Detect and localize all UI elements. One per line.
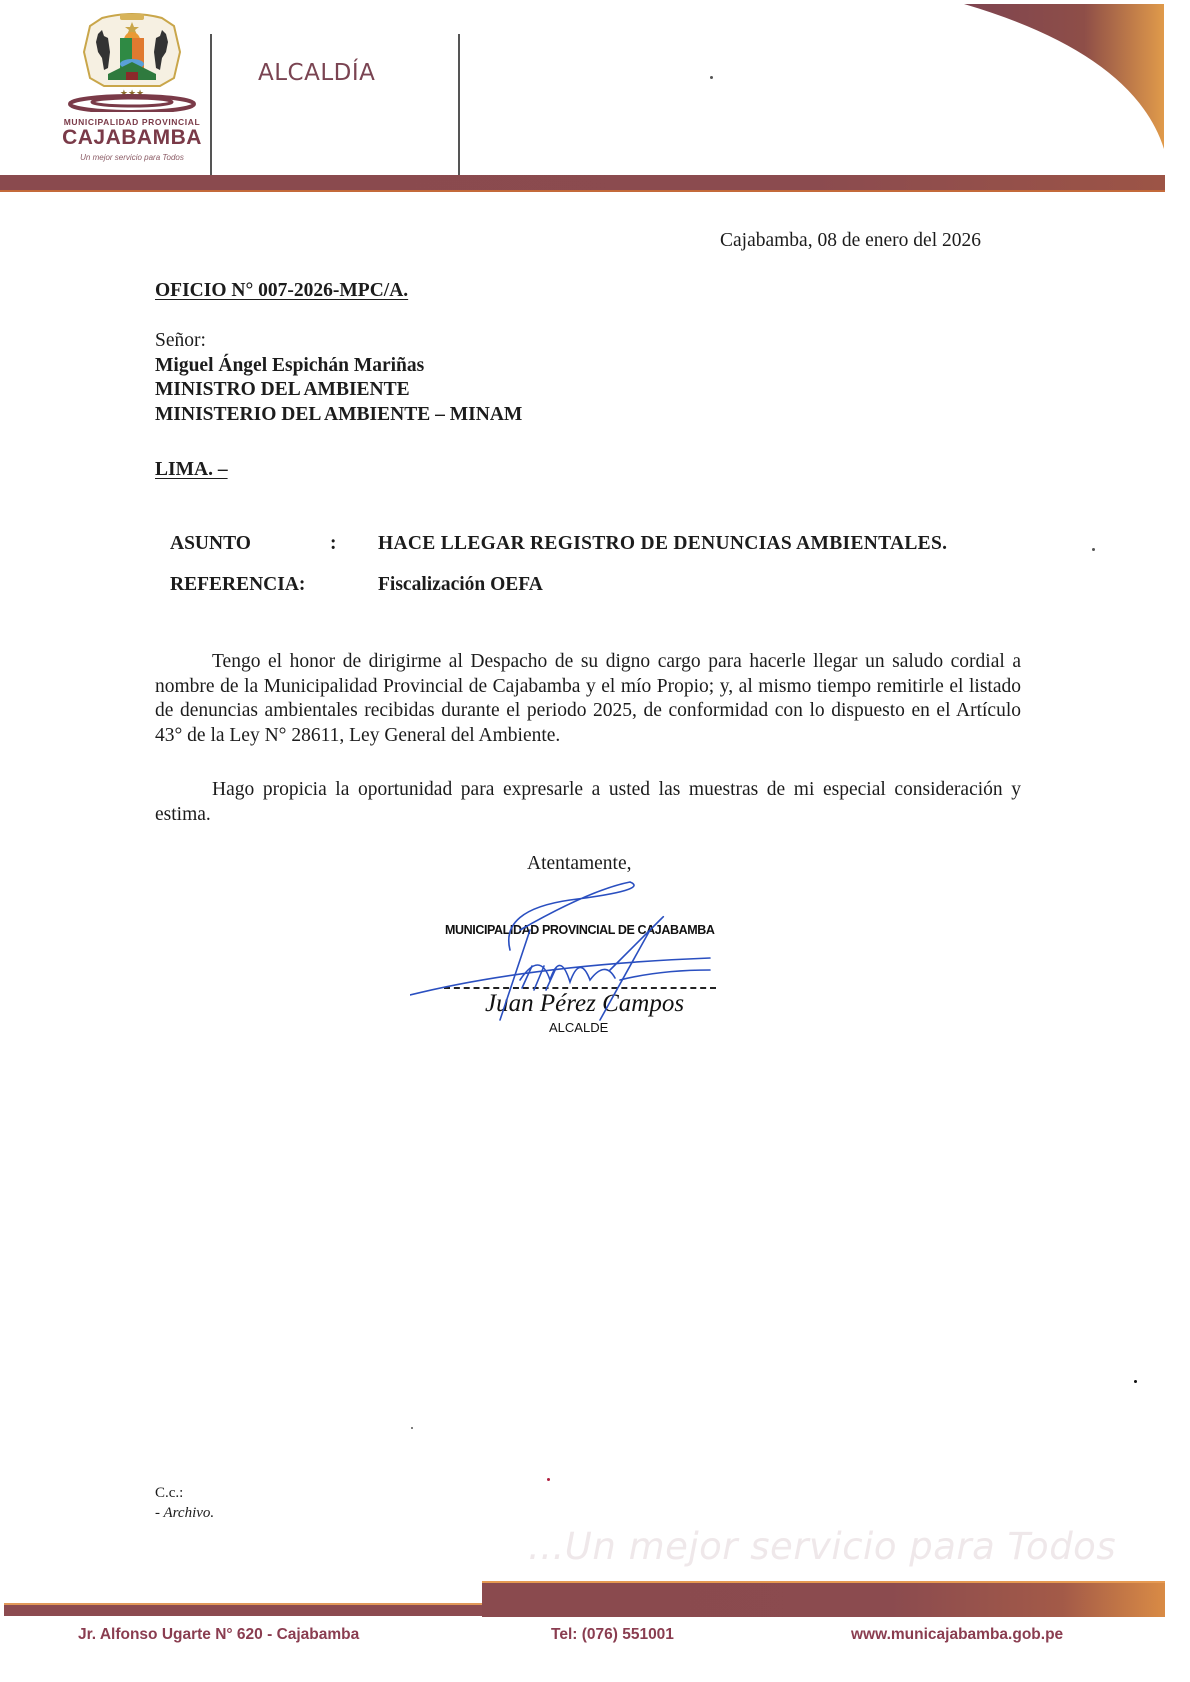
scan-speck: [1134, 1380, 1137, 1383]
carbon-copy-block: C.c.: - Archivo.: [155, 1483, 214, 1523]
body-paragraph-1: Tengo el honor de dirigirme al Despacho …: [155, 650, 1021, 748]
footer-website-link[interactable]: www.municajabamba.gob.pe: [851, 1626, 1063, 1644]
cc-label: C.c.:: [155, 1483, 214, 1503]
recipient-position: MINISTRO DEL AMBIENTE: [155, 378, 522, 403]
reference-line: REFERENCIA: Fiscalización OEFA: [170, 573, 543, 598]
header-divider: [458, 34, 460, 176]
cc-item: - Archivo.: [155, 1503, 214, 1523]
logo-tagline: Un mejor servicio para Todos: [52, 153, 212, 162]
scan-speck: [411, 1427, 413, 1429]
document-reference-number: OFICIO N° 007-2026-MPC/A.: [155, 279, 408, 304]
recipient-salutation: Señor:: [155, 329, 522, 354]
subject-value: HACE LLEGAR REGISTRO DE DENUNCIAS AMBIEN…: [378, 532, 947, 557]
header-department-title: ALCALDÍA: [258, 60, 375, 86]
body-paragraph-2: Hago propicia la oportunidad para expres…: [155, 778, 1021, 827]
recipient-city: LIMA. –: [155, 458, 228, 483]
scan-speck: [710, 76, 713, 79]
recipient-block: Señor: Miguel Ángel Espichán Mariñas MIN…: [155, 329, 522, 427]
footer-watermark-tagline: ...Un mejor servicio para Todos: [528, 1525, 1116, 1568]
footer-address: Jr. Alfonso Ugarte N° 620 - Cajabamba: [78, 1626, 359, 1644]
handwritten-signature-icon: [410, 870, 730, 1040]
recipient-institution: MINISTERIO DEL AMBIENTE – MINAM: [155, 403, 522, 428]
place-date: Cajabamba, 08 de enero del 2026: [720, 229, 981, 254]
scan-speck: [1092, 548, 1095, 551]
footer-band-thick: [482, 1581, 1165, 1617]
subject-separator: :: [330, 532, 378, 557]
reference-label: REFERENCIA:: [170, 573, 378, 598]
scan-speck: [547, 1478, 550, 1481]
subject-label: ASUNTO: [170, 532, 330, 557]
municipal-coat-of-arms-icon: ★★★: [62, 12, 202, 112]
footer-phone: Tel: (076) 551001: [551, 1626, 674, 1644]
recipient-name: Miguel Ángel Espichán Mariñas: [155, 354, 522, 379]
corner-swoosh-decoration: [964, 4, 1164, 150]
footer-band-thin: [4, 1603, 484, 1616]
subject-line: ASUNTO : HACE LLEGAR REGISTRO DE DENUNCI…: [170, 532, 947, 557]
reference-value: Fiscalización OEFA: [378, 573, 543, 598]
logo-org-line2: CAJABAMBA: [52, 126, 212, 150]
header-divider: [210, 34, 212, 176]
header-band: [0, 175, 1165, 192]
